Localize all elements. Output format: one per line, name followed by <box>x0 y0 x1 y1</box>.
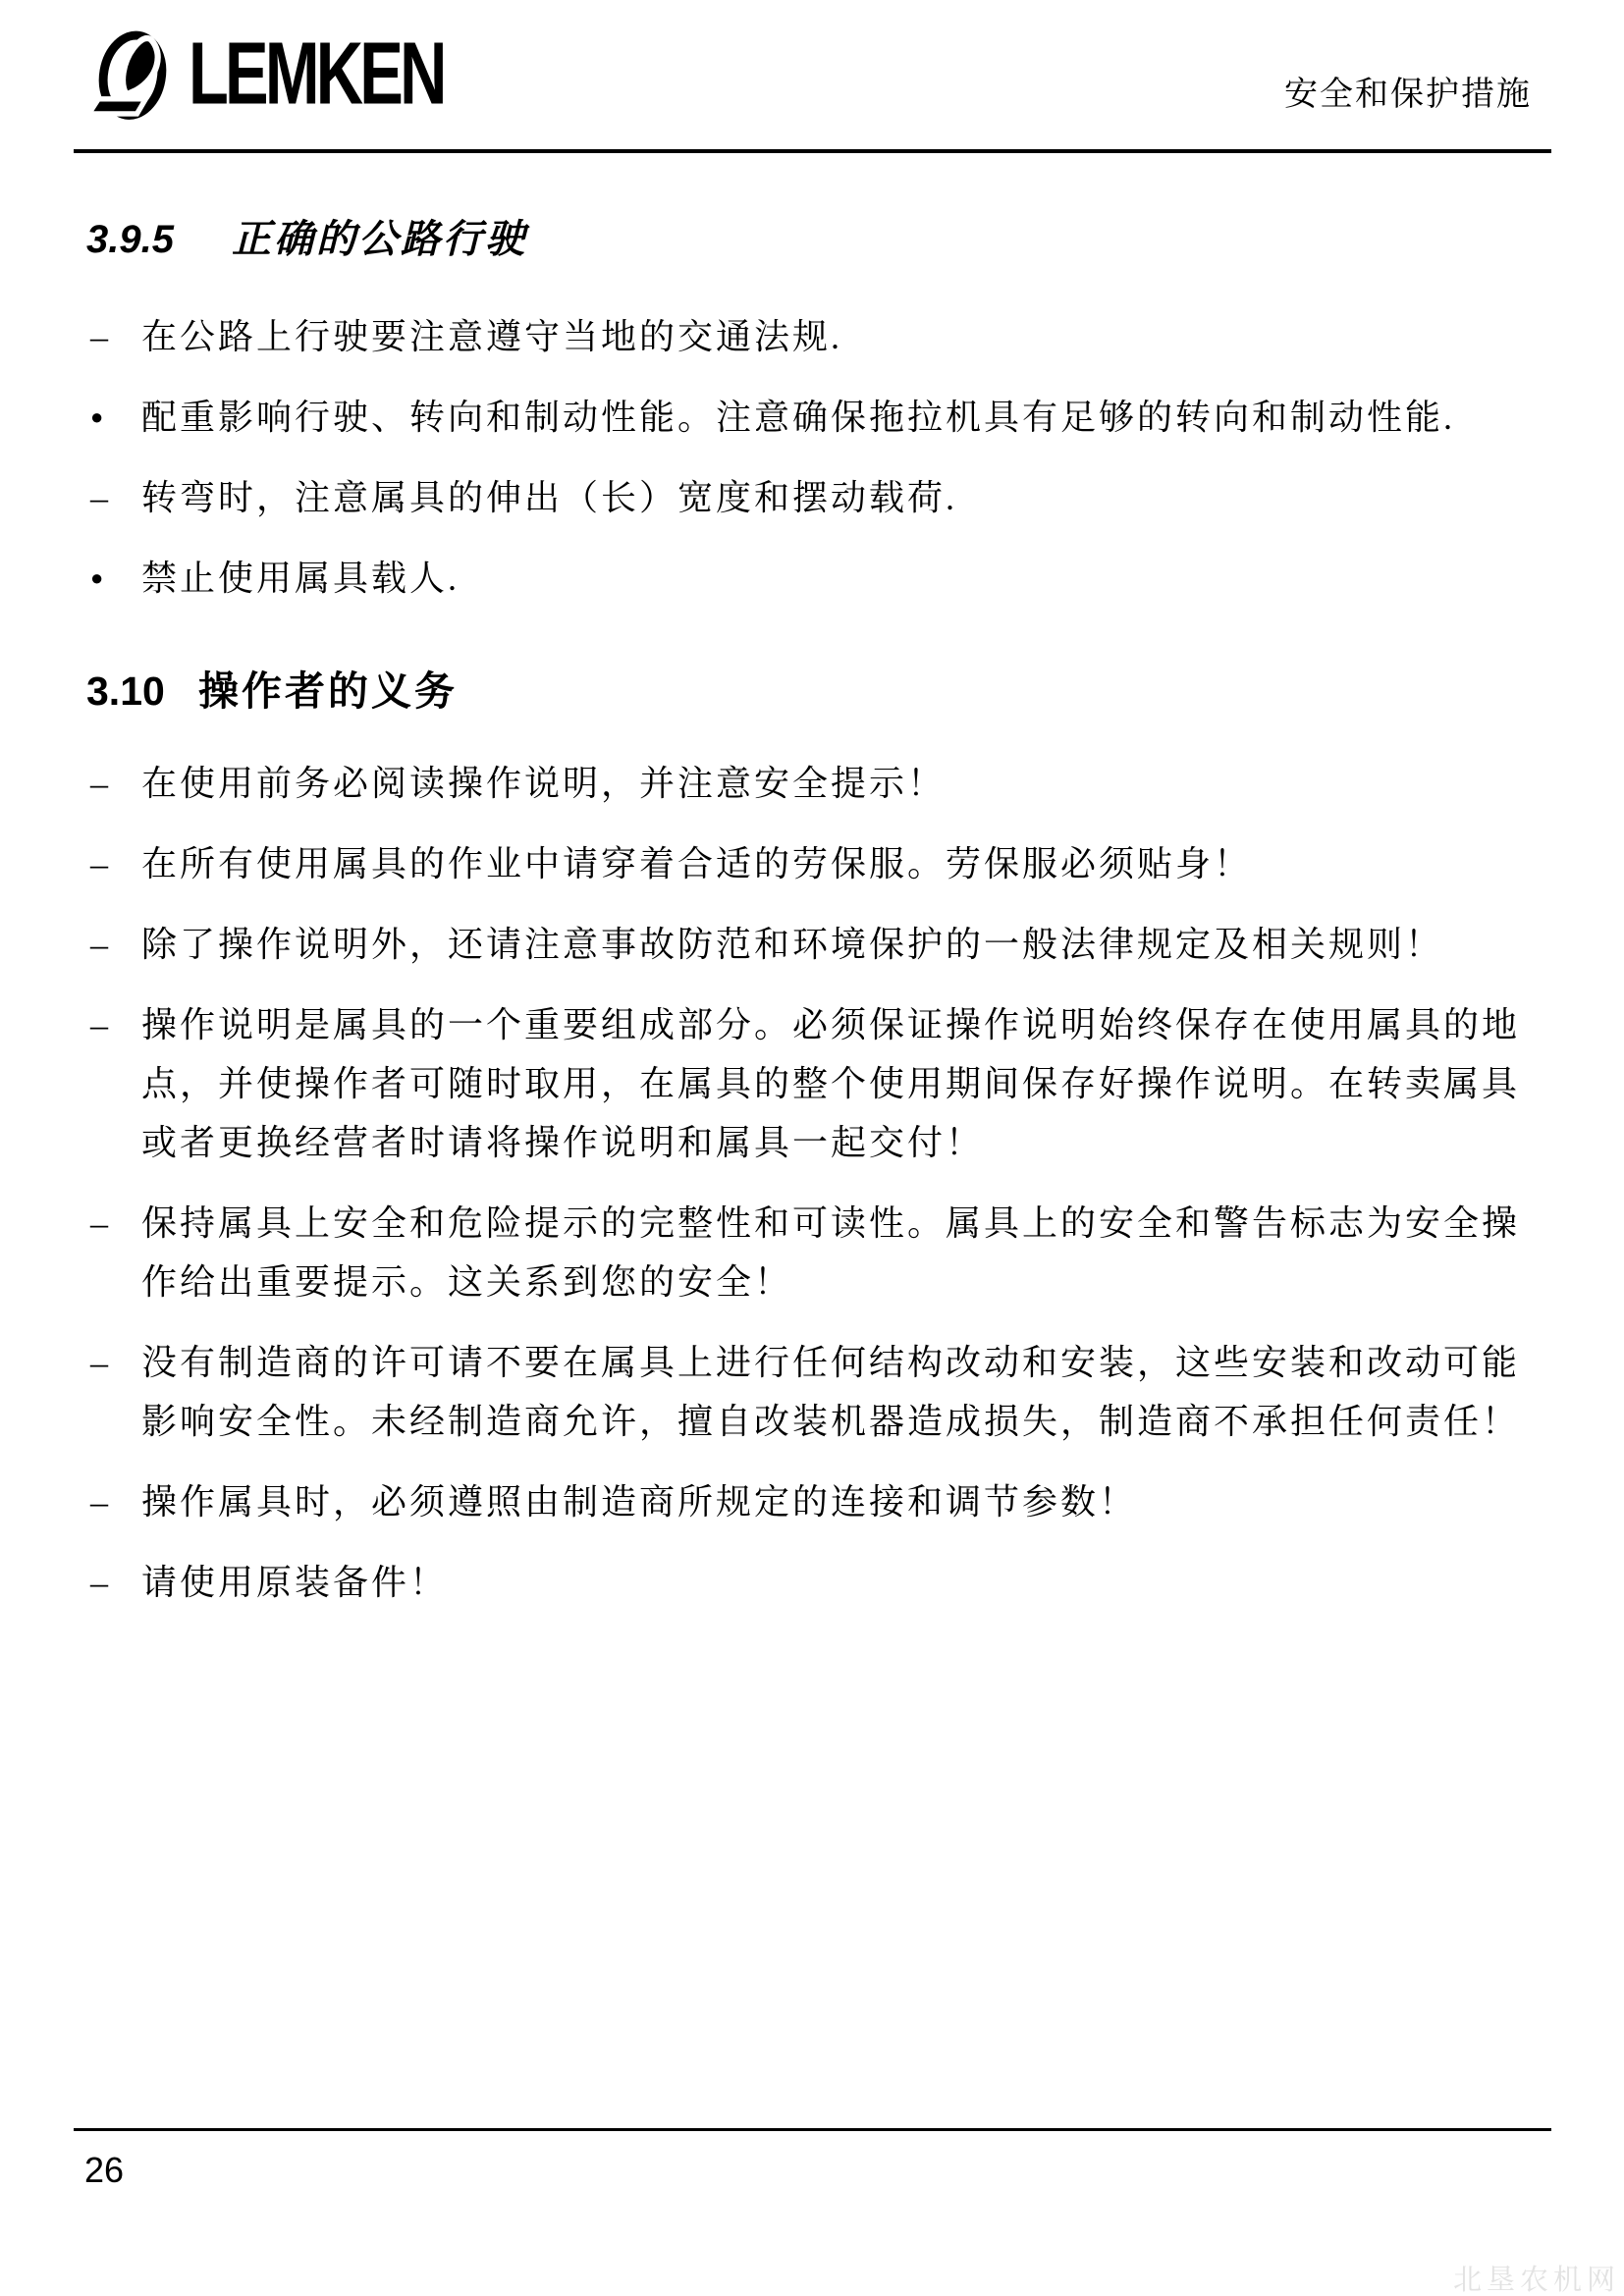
manual-page: LEMKEN 安全和保护措施 3.9.5 正确的公路行驶 – 在公路上行驶要注意… <box>0 0 1624 2296</box>
list-marker: – <box>86 754 141 813</box>
list-marker: – <box>86 1194 141 1311</box>
list-item-text: 配重影响行驶、转向和制动性能。注意确保拖拉机具有足够的转向和制动性能. <box>141 388 1553 447</box>
list-item: – 请使用原装备件！ <box>86 1553 1553 1612</box>
page-number: 26 <box>84 2150 124 2191</box>
section-heading-395: 3.9.5 正确的公路行驶 <box>86 208 1553 264</box>
list-item-text: 没有制造商的许可请不要在属具上进行任何结构改动和安装，这些安装和改动可能影响安全… <box>141 1333 1553 1451</box>
list-item: – 操作属具时，必须遵照由制造商所规定的连接和调节参数！ <box>86 1472 1553 1531</box>
list-item-text: 请使用原装备件！ <box>141 1553 1553 1612</box>
list-item-text: 转弯时，注意属具的伸出（长）宽度和摆动载荷. <box>141 468 1553 527</box>
list-item: ● 配重影响行驶、转向和制动性能。注意确保拖拉机具有足够的转向和制动性能. <box>86 388 1553 447</box>
list-marker: ● <box>86 549 141 608</box>
list-item-text: 在使用前务必阅读操作说明，并注意安全提示！ <box>141 754 1553 813</box>
list-item: – 除了操作说明外，还请注意事故防范和环境保护的一般法律规定及相关规则！ <box>86 915 1553 974</box>
list-item-text: 操作属具时，必须遵照由制造商所规定的连接和调节参数！ <box>141 1472 1553 1531</box>
list-item-text: 在所有使用属具的作业中请穿着合适的劳保服。劳保服必须贴身！ <box>141 834 1553 893</box>
list-marker: – <box>86 1472 141 1531</box>
list-item: – 在使用前务必阅读操作说明，并注意安全提示！ <box>86 754 1553 813</box>
section-heading-310: 3.10 操作者的义务 <box>86 659 1553 717</box>
lemken-wordmark: LEMKEN <box>189 27 444 120</box>
list-item: – 在公路上行驶要注意遵守当地的交通法规. <box>86 307 1553 366</box>
header-title: 安全和保护措施 <box>1284 67 1532 115</box>
section-title: 操作者的义务 <box>198 659 458 717</box>
list-item-text: 保持属具上安全和危险提示的完整性和可读性。属具上的安全和警告标志为安全操作给出重… <box>141 1194 1553 1311</box>
watermark: 北垦农机网 <box>1453 2258 1620 2296</box>
list-marker: – <box>86 1333 141 1451</box>
list-item: – 保持属具上安全和危险提示的完整性和可读性。属具上的安全和警告标志为安全操作给… <box>86 1194 1553 1311</box>
section-title: 正确的公路行驶 <box>232 208 527 264</box>
list-marker: – <box>86 834 141 893</box>
list-item: – 转弯时，注意属具的伸出（长）宽度和摆动载荷. <box>86 468 1553 527</box>
section-number: 3.10 <box>86 668 198 715</box>
footer-rule <box>74 2128 1551 2131</box>
section-number: 3.9.5 <box>86 218 232 262</box>
list-item: – 操作说明是属具的一个重要组成部分。必须保证操作说明始终保存在使用属具的地点，… <box>86 995 1553 1172</box>
list-marker: – <box>86 995 141 1172</box>
list-item-text: 在公路上行驶要注意遵守当地的交通法规. <box>141 307 1553 366</box>
header-rule <box>74 149 1551 153</box>
list-item-text: 除了操作说明外，还请注意事故防范和环境保护的一般法律规定及相关规则！ <box>141 915 1553 974</box>
list-marker: – <box>86 915 141 974</box>
list-item-text: 操作说明是属具的一个重要组成部分。必须保证操作说明始终保存在使用属具的地点，并使… <box>141 995 1553 1172</box>
page-content: 3.9.5 正确的公路行驶 – 在公路上行驶要注意遵守当地的交通法规. ● 配重… <box>86 208 1553 1633</box>
list-marker: ● <box>86 388 141 447</box>
list-marker: – <box>86 1553 141 1612</box>
list-marker: – <box>86 307 141 366</box>
lemken-plow-icon <box>81 26 185 122</box>
list-item: ● 禁止使用属具载人. <box>86 549 1553 608</box>
list-item: – 在所有使用属具的作业中请穿着合适的劳保服。劳保服必须贴身！ <box>86 834 1553 893</box>
list-item: – 没有制造商的许可请不要在属具上进行任何结构改动和安装，这些安装和改动可能影响… <box>86 1333 1553 1451</box>
list-marker: – <box>86 468 141 527</box>
lemken-logo: LEMKEN <box>81 26 524 122</box>
list-item-text: 禁止使用属具载人. <box>141 549 1553 608</box>
